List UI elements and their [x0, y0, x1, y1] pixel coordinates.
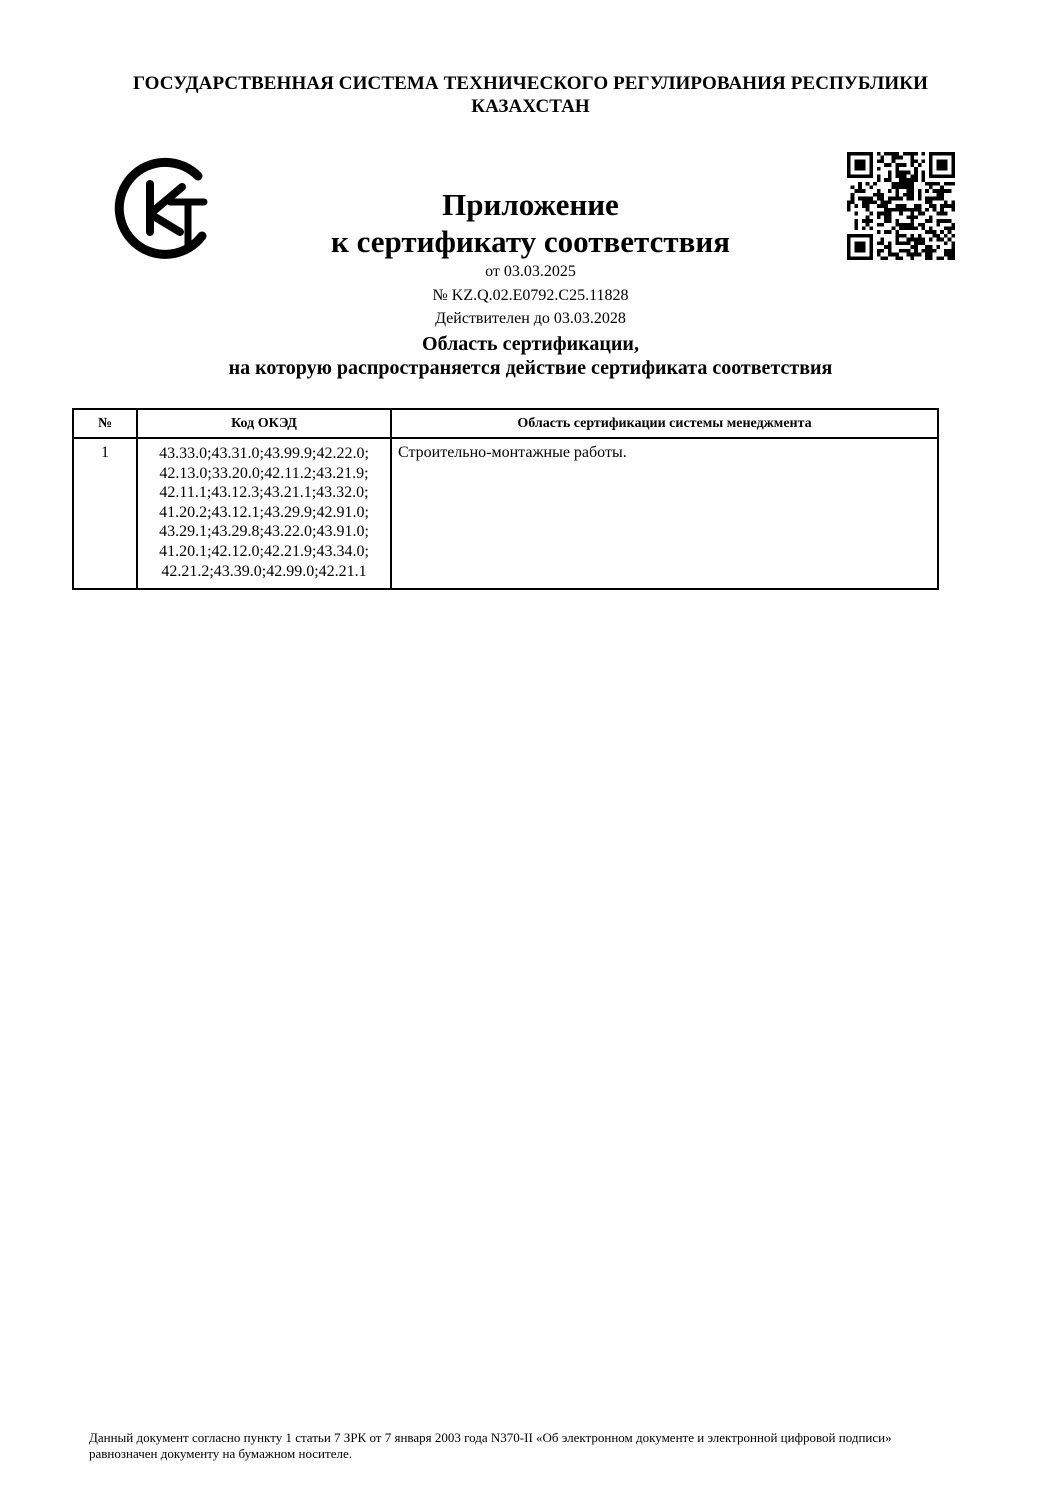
code-line: 43.29.1;43.29.8;43.22.0;43.91.0;	[144, 522, 384, 542]
header-line-2: КАЗАХСТАН	[0, 95, 1061, 118]
row-scope: Строительно-монтажные работы.	[391, 438, 938, 589]
code-line: 41.20.2;43.12.1;43.29.9;42.91.0;	[144, 503, 384, 523]
certificate-valid-until: Действителен до 03.03.2028	[0, 307, 1061, 331]
certificate-number: № KZ.Q.02.E0792.C25.11828	[0, 284, 1061, 308]
document-title: Приложение	[0, 186, 1061, 224]
scope-heading-line-2: на которую распространяется действие сер…	[0, 356, 1061, 380]
code-line: 41.20.1;42.12.0;42.21.9;43.34.0;	[144, 542, 384, 562]
table-row: 1 43.33.0;43.31.0;43.99.9;42.22.0; 42.13…	[73, 438, 938, 589]
certificate-date: от 03.03.2025	[0, 260, 1061, 284]
legal-footer: Данный документ согласно пункту 1 статьи…	[89, 1430, 989, 1461]
issuing-authority-header: ГОСУДАРСТВЕННАЯ СИСТЕМА ТЕХНИЧЕСКОГО РЕГ…	[0, 72, 1061, 118]
header-scope: Область сертификации системы менеджмента	[391, 409, 938, 438]
table-header-row: № Код ОКЭД Область сертификации системы …	[73, 409, 938, 438]
code-line: 42.21.2;43.39.0;42.99.0;42.21.1	[144, 562, 384, 582]
header-line-1: ГОСУДАРСТВЕННАЯ СИСТЕМА ТЕХНИЧЕСКОГО РЕГ…	[0, 72, 1061, 95]
certification-scope-table: № Код ОКЭД Область сертификации системы …	[72, 408, 939, 590]
row-number: 1	[73, 438, 137, 589]
scope-heading-line-1: Область сертификации,	[0, 332, 1061, 356]
code-line: 42.11.1;43.12.3;43.21.1;43.32.0;	[144, 483, 384, 503]
footer-line-1: Данный документ согласно пункту 1 статьи…	[89, 1430, 989, 1446]
document-subtitle: к сертификату соответствия	[0, 224, 1061, 260]
header-number: №	[73, 409, 137, 438]
row-okved-codes: 43.33.0;43.31.0;43.99.9;42.22.0; 42.13.0…	[137, 438, 391, 589]
header-okved-code: Код ОКЭД	[137, 409, 391, 438]
certificate-title-block: Приложение к сертификату соответствия от…	[0, 186, 1061, 380]
code-line: 43.33.0;43.31.0;43.99.9;42.22.0;	[144, 444, 384, 464]
code-line: 42.13.0;33.20.0;42.11.2;43.21.9;	[144, 464, 384, 484]
footer-line-2: равнозначен документу на бумажном носите…	[89, 1446, 989, 1462]
